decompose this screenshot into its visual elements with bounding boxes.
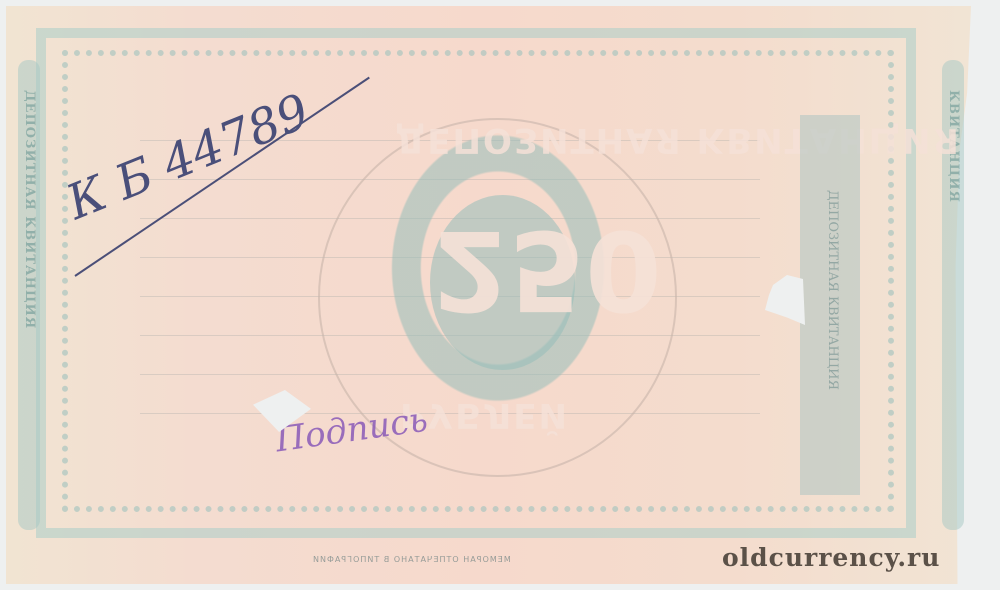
cartouche-text: ДЕПОЗИТНАЯ КВИТАНЦИЯ — [825, 190, 840, 390]
denomination-value: 250 — [432, 215, 572, 325]
left-side-text: ДЕПОЗИТНАЯ КВИТАНЦИЯ — [22, 90, 37, 329]
printer-imprint: МЕМОРАН ОТПЕЧАТАНО В ТИПОГРАФИИ — [312, 555, 511, 564]
top-arc-text: ДЕПОЗИТНАЯ КВИТАНЦИЯ — [395, 120, 961, 160]
site-watermark: oldcurrency.ru — [722, 543, 940, 572]
